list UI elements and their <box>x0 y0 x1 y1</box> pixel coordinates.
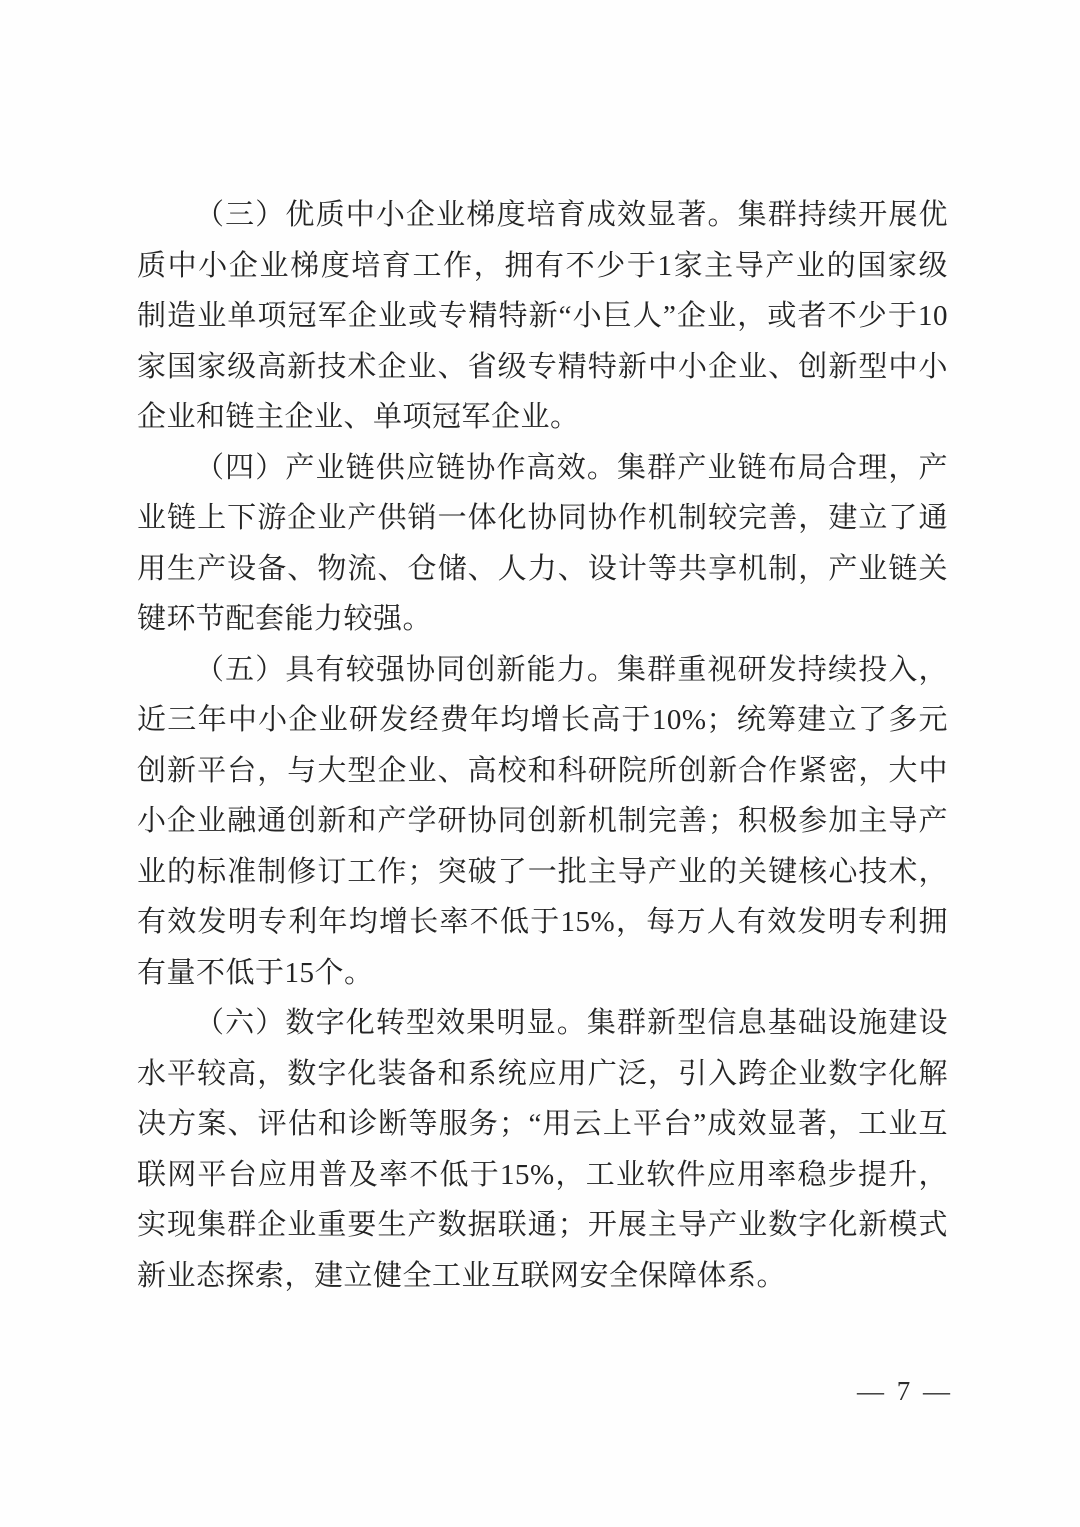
paragraph-item-6: （六）数字化转型效果明显。集群新型信息基础设施建设水平较高，数字化装备和系统应用… <box>137 998 948 1301</box>
paragraph-item-4: （四）产业链供应链协作高效。集群产业链布局合理，产业链上下游企业产供销一体化协同… <box>137 443 948 645</box>
paragraph-item-3: （三）优质中小企业梯度培育成效显著。集群持续开展优质中小企业梯度培育工作，拥有不… <box>137 190 948 443</box>
document-page: （三）优质中小企业梯度培育成效显著。集群持续开展优质中小企业梯度培育工作，拥有不… <box>0 0 1080 1527</box>
page-number: — 7 — <box>850 1376 960 1407</box>
paragraph-item-5: （五）具有较强协同创新能力。集群重视研发持续投入，近三年中小企业研发经费年均增长… <box>137 645 948 999</box>
document-body: （三）优质中小企业梯度培育成效显著。集群持续开展优质中小企业梯度培育工作，拥有不… <box>137 190 948 1301</box>
